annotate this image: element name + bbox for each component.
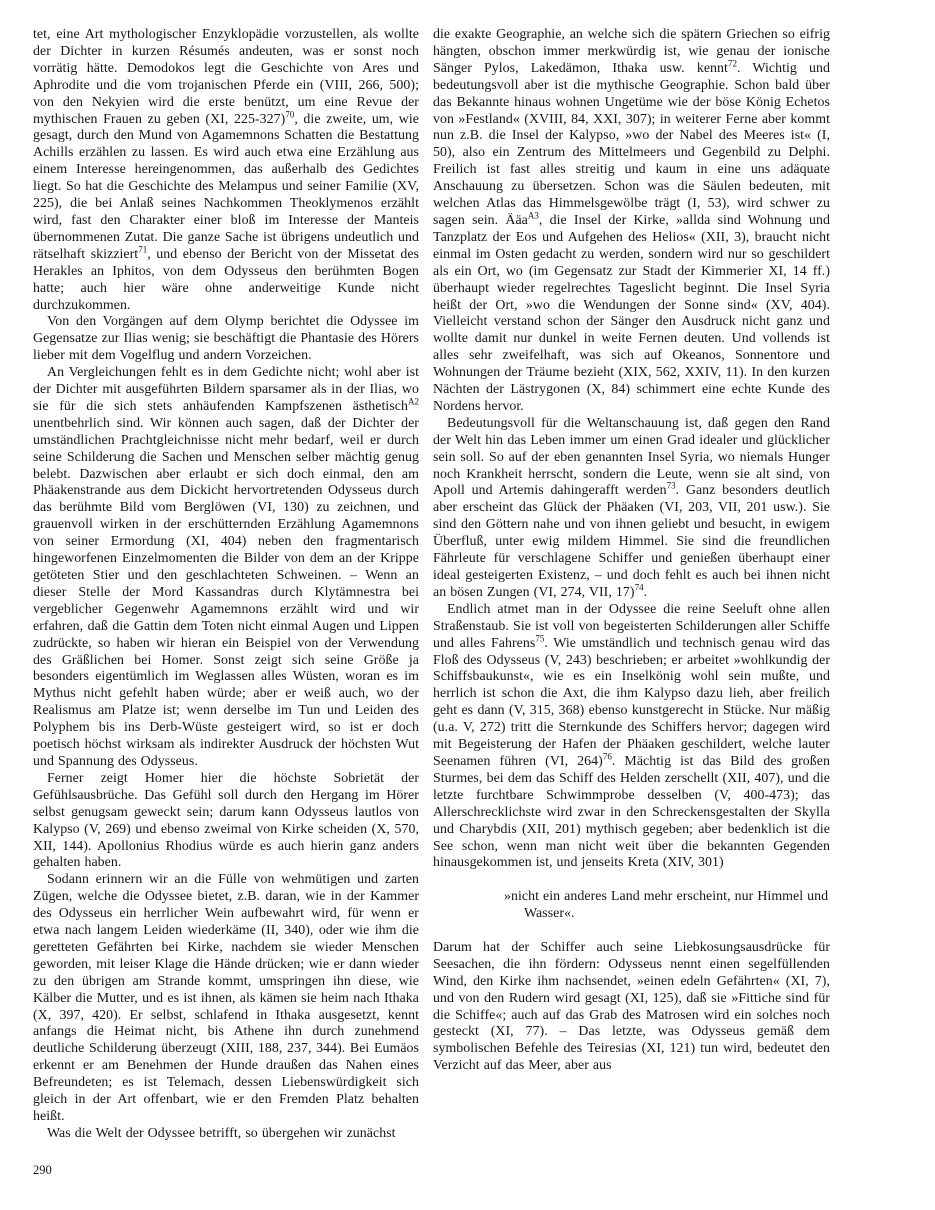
footnote-marker: 76 xyxy=(603,751,612,761)
footnote-marker: A2 xyxy=(408,396,419,406)
paragraph: die exakte Geographie, an welche sich di… xyxy=(433,27,830,416)
paragraph: tet, eine Art mythologischer Enzyklopädi… xyxy=(33,27,419,314)
footnote-marker: 71 xyxy=(138,244,147,254)
paragraph: Bedeutungsvoll für die Weltanschauung is… xyxy=(433,416,830,602)
paragraph: An Vergleichungen fehlt es in dem Gedich… xyxy=(33,365,419,771)
paragraph: Ferner zeigt Homer hier die höchste Sobr… xyxy=(33,771,419,872)
book-page: tet, eine Art mythologischer Enzyklopädi… xyxy=(33,27,836,1143)
paragraph: Was die Welt der Odyssee betrifft, so üb… xyxy=(33,1126,419,1143)
text-column-right: die exakte Geographie, an welche sich di… xyxy=(433,27,830,1143)
verse-quote-line: »nicht ein anderes Land mehr erscheint, … xyxy=(433,889,830,906)
footnote-marker: 70 xyxy=(285,109,294,119)
page-number: 290 xyxy=(33,1163,52,1178)
footnote-marker: 74 xyxy=(635,582,644,592)
footnote-marker: 72 xyxy=(728,58,737,68)
footnote-marker: 73 xyxy=(667,481,676,491)
two-column-text-block: tet, eine Art mythologischer Enzyklopädi… xyxy=(33,27,836,1143)
text-column-left: tet, eine Art mythologischer Enzyklopädi… xyxy=(33,27,419,1143)
paragraph: Sodann erinnern wir an die Fülle von weh… xyxy=(33,872,419,1126)
paragraph: Endlich atmet man in der Odyssee die rei… xyxy=(433,602,830,873)
footnote-marker: 75 xyxy=(535,633,544,643)
paragraph: Von den Vorgängen auf dem Olymp berichte… xyxy=(33,314,419,365)
verse-quote-line: Wasser«. xyxy=(433,906,830,923)
footnote-marker: A3 xyxy=(528,210,539,220)
paragraph: Darum hat der Schiffer auch seine Liebko… xyxy=(433,940,830,1075)
